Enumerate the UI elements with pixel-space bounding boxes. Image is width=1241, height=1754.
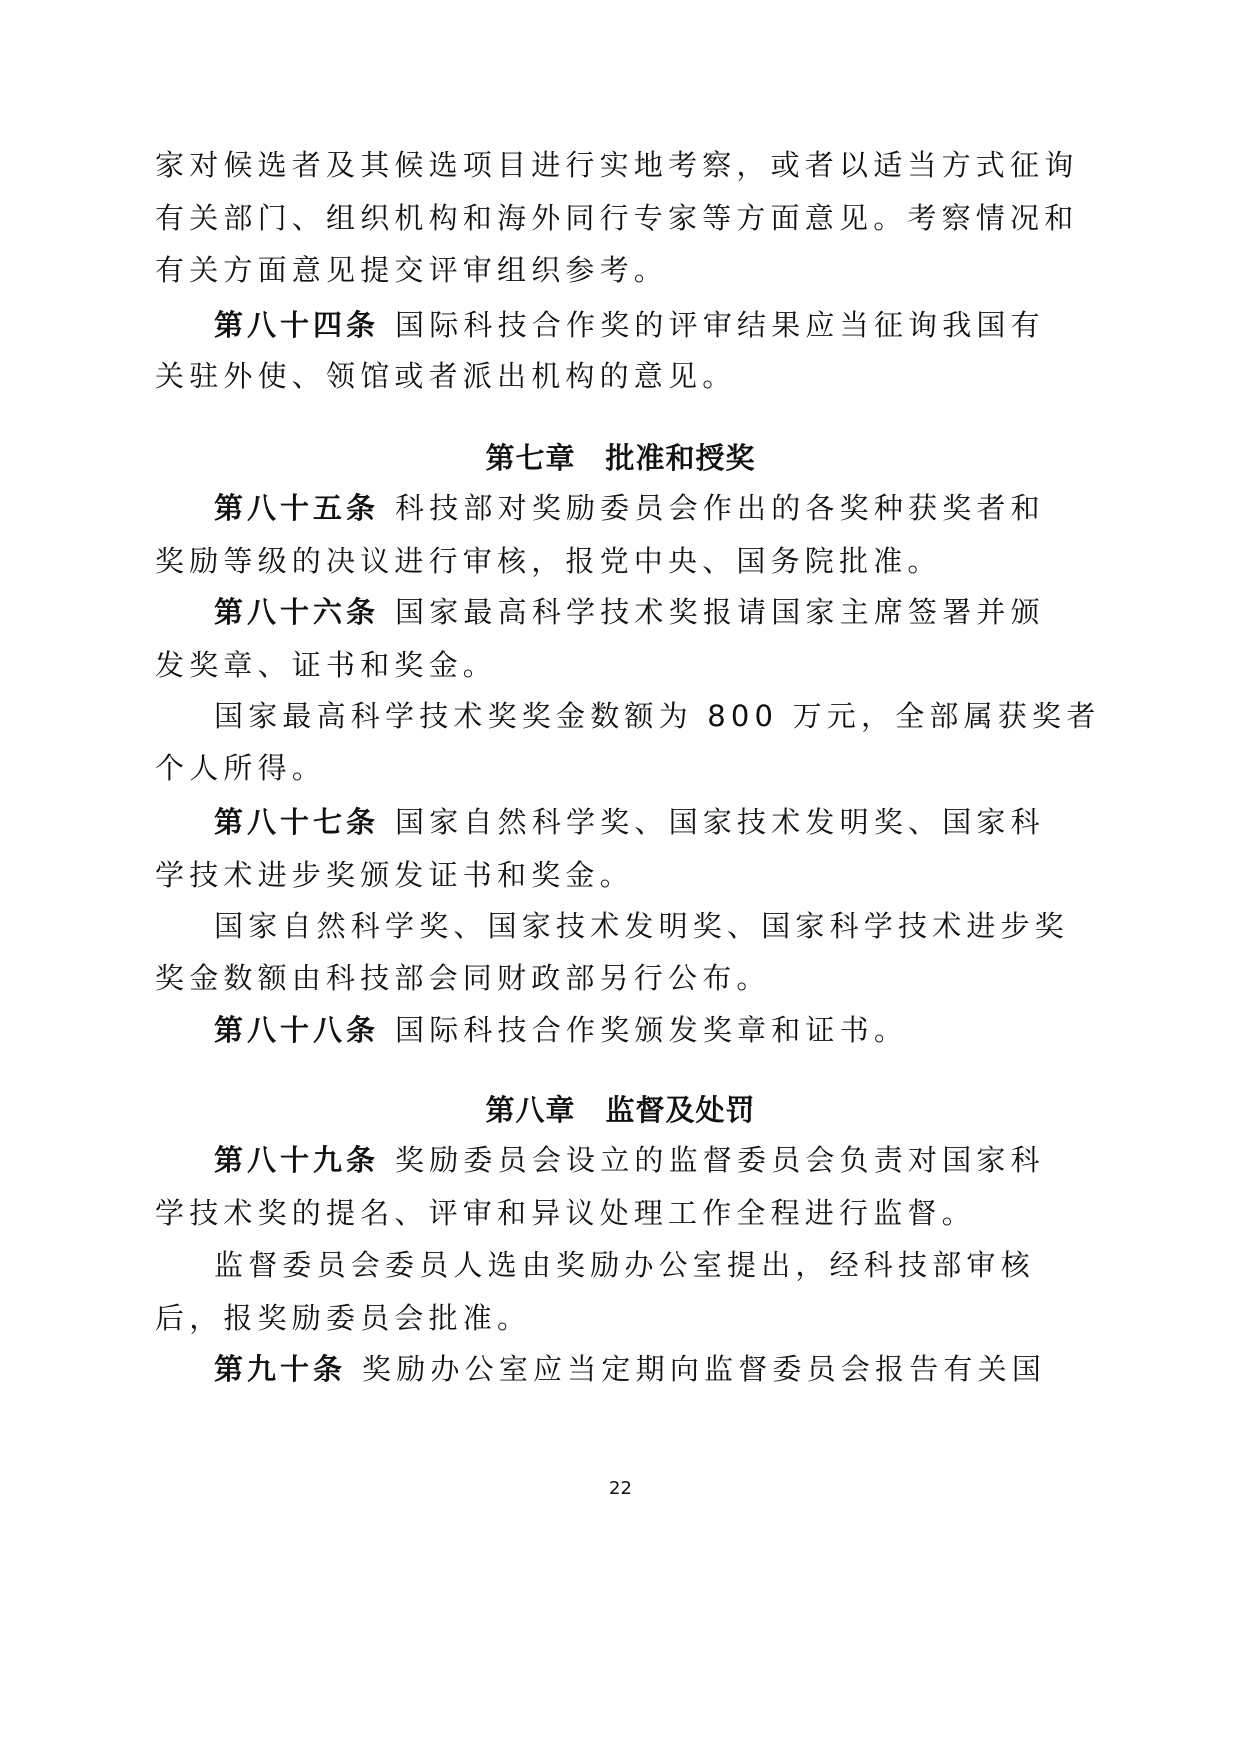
line-text: 奖励委员会设立的监督委员会负责对国家科	[395, 1143, 1045, 1177]
line-text: 关驻外使、领馆或者派出机构的意见。	[155, 359, 736, 393]
line-text: 学技术进步奖颁发证书和奖金。	[155, 858, 634, 892]
line-text: 国家自然科学奖、国家技术发明奖、国家科学技术进步奖	[214, 909, 1069, 943]
chapter-heading: 第八章监督及处罚	[0, 1088, 1241, 1132]
paragraph-line: 奖金数额由科技部会同财政部另行公布。	[155, 958, 955, 998]
paragraph-line: 有关部门、组织机构和海外同行专家等方面意见。考察情况和	[155, 198, 955, 238]
line-text: 国家最高科学技术奖报请国家主席签署并颁	[395, 595, 1045, 629]
paragraph-line: 个人所得。	[155, 748, 955, 788]
article-86-line: 第八十六条国家最高科学技术奖报请国家主席签署并颁	[214, 592, 955, 632]
line-text: 国家最高科学技术奖奖金数额为 800 万元，全部属获奖者	[214, 699, 1100, 733]
article-label: 第八十四条	[214, 308, 379, 342]
paragraph-line: 学技术奖的提名、评审和异议处理工作全程进行监督。	[155, 1193, 955, 1233]
line-text: 国际科技合作奖的评审结果应当征询我国有	[395, 308, 1045, 342]
chapter-number: 第七章	[485, 441, 575, 475]
paragraph-line: 监督委员会委员人选由奖励办公室提出，经科技部审核	[214, 1245, 955, 1285]
article-84-line: 第八十四条国际科技合作奖的评审结果应当征询我国有	[214, 305, 955, 345]
article-label: 第八十七条	[214, 805, 379, 839]
line-text: 家对候选者及其候选项目进行实地考察，或者以适当方式征询	[155, 148, 1078, 182]
line-text: 有关部门、组织机构和海外同行专家等方面意见。考察情况和	[155, 201, 1078, 235]
paragraph-line: 家对候选者及其候选项目进行实地考察，或者以适当方式征询	[155, 145, 955, 185]
line-text: 奖金数额由科技部会同财政部另行公布。	[155, 961, 771, 995]
paragraph-line: 国家自然科学奖、国家技术发明奖、国家科学技术进步奖	[214, 906, 955, 946]
line-text: 科技部对奖励委员会作出的各奖种获奖者和	[395, 491, 1045, 525]
article-label: 第八十六条	[214, 595, 379, 629]
paragraph-line: 后，报奖励委员会批准。	[155, 1298, 955, 1338]
article-label: 第八十五条	[214, 491, 379, 525]
line-text: 监督委员会委员人选由奖励办公室提出，经科技部审核	[214, 1248, 1035, 1282]
page-number: 22	[0, 1478, 1241, 1499]
article-label: 第九十条	[214, 1352, 346, 1386]
line-text: 奖励等级的决议进行审核，报党中央、国务院批准。	[155, 544, 942, 578]
line-text: 学技术奖的提名、评审和异议处理工作全程进行监督。	[155, 1196, 976, 1230]
article-89-line: 第八十九条奖励委员会设立的监督委员会负责对国家科	[214, 1140, 955, 1180]
line-text: 国家自然科学奖、国家技术发明奖、国家科	[395, 805, 1045, 839]
article-85-line: 第八十五条科技部对奖励委员会作出的各奖种获奖者和	[214, 488, 955, 528]
chapter-title: 监督及处罚	[606, 1093, 756, 1127]
line-text: 后，报奖励委员会批准。	[155, 1301, 531, 1335]
line-text: 有关方面意见提交评审组织参考。	[155, 253, 668, 287]
line-text: 个人所得。	[155, 751, 326, 785]
line-text: 奖励办公室应当定期向监督委员会报告有关国	[362, 1352, 1046, 1386]
article-88-line: 第八十八条国际科技合作奖颁发奖章和证书。	[214, 1010, 955, 1050]
paragraph-line: 国家最高科学技术奖奖金数额为 800 万元，全部属获奖者	[214, 696, 955, 736]
paragraph-line: 关驻外使、领馆或者派出机构的意见。	[155, 356, 955, 396]
paragraph-line: 学技术进步奖颁发证书和奖金。	[155, 855, 955, 895]
paragraph-line: 奖励等级的决议进行审核，报党中央、国务院批准。	[155, 541, 955, 581]
article-90-line: 第九十条奖励办公室应当定期向监督委员会报告有关国	[214, 1349, 955, 1389]
chapter-title: 批准和授奖	[606, 441, 756, 475]
line-text: 发奖章、证书和奖金。	[155, 648, 497, 682]
document-page: 家对候选者及其候选项目进行实地考察，或者以适当方式征询 有关部门、组织机构和海外…	[0, 0, 1241, 1754]
paragraph-line: 发奖章、证书和奖金。	[155, 645, 955, 685]
paragraph-line: 有关方面意见提交评审组织参考。	[155, 250, 955, 290]
article-label: 第八十八条	[214, 1013, 379, 1047]
chapter-heading: 第七章批准和授奖	[0, 436, 1241, 480]
article-87-line: 第八十七条国家自然科学奖、国家技术发明奖、国家科	[214, 802, 955, 842]
line-text: 国际科技合作奖颁发奖章和证书。	[395, 1013, 908, 1047]
article-label: 第八十九条	[214, 1143, 379, 1177]
chapter-number: 第八章	[485, 1093, 575, 1127]
